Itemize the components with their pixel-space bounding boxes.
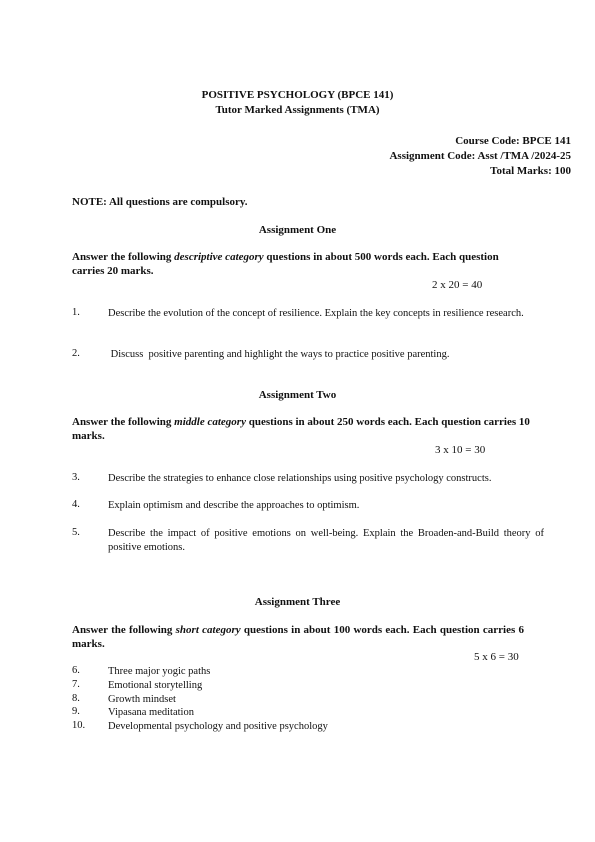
document-subtitle: Tutor Marked Assignments (TMA) — [0, 104, 595, 116]
section-marks-two: 3 x 10 = 30 — [435, 444, 485, 456]
question-number: 4. — [72, 499, 80, 510]
section-instructions-three: Answer the following short category ques… — [72, 624, 524, 651]
assignment-code: Assignment Code: Asst /TMA /2024-25 — [389, 150, 571, 162]
question-text: Vipasana meditation — [108, 706, 548, 720]
note: NOTE: All questions are compulsory. — [72, 196, 248, 208]
section-marks-three: 5 x 6 = 30 — [474, 651, 519, 663]
question-text: Growth mindset — [108, 693, 548, 707]
question-number: 1. — [72, 307, 80, 318]
question-text: Describe the evolution of the concept of… — [108, 307, 548, 321]
question-number: 5. — [72, 527, 80, 538]
question-number: 8. — [72, 693, 80, 704]
question-text: Discuss positive parenting and highlight… — [108, 348, 548, 362]
section-title-three: Assignment Three — [0, 596, 595, 608]
section-instructions-one: Answer the following descriptive categor… — [72, 251, 524, 278]
question-text: Describe the impact of positive emotions… — [108, 527, 544, 554]
section-title-one: Assignment One — [0, 224, 595, 236]
question-text: Explain optimism and describe the approa… — [108, 499, 548, 513]
question-text: Emotional storytelling — [108, 679, 548, 693]
question-number: 7. — [72, 679, 80, 690]
course-code: Course Code: BPCE 141 — [455, 135, 571, 147]
question-text: Describe the strategies to enhance close… — [108, 472, 558, 486]
question-number: 9. — [72, 706, 80, 717]
question-text: Three major yogic paths — [108, 665, 548, 679]
question-number: 2. — [72, 348, 80, 359]
question-number: 10. — [72, 720, 85, 731]
question-number: 6. — [72, 665, 80, 676]
question-text: Developmental psychology and positive ps… — [108, 720, 548, 734]
total-marks: Total Marks: 100 — [490, 165, 571, 177]
document-title: POSITIVE PSYCHOLOGY (BPCE 141) — [0, 89, 595, 101]
question-number: 3. — [72, 472, 80, 483]
section-marks-one: 2 x 20 = 40 — [432, 279, 482, 291]
section-instructions-two: Answer the following middle category que… — [72, 416, 532, 443]
section-title-two: Assignment Two — [0, 389, 595, 401]
